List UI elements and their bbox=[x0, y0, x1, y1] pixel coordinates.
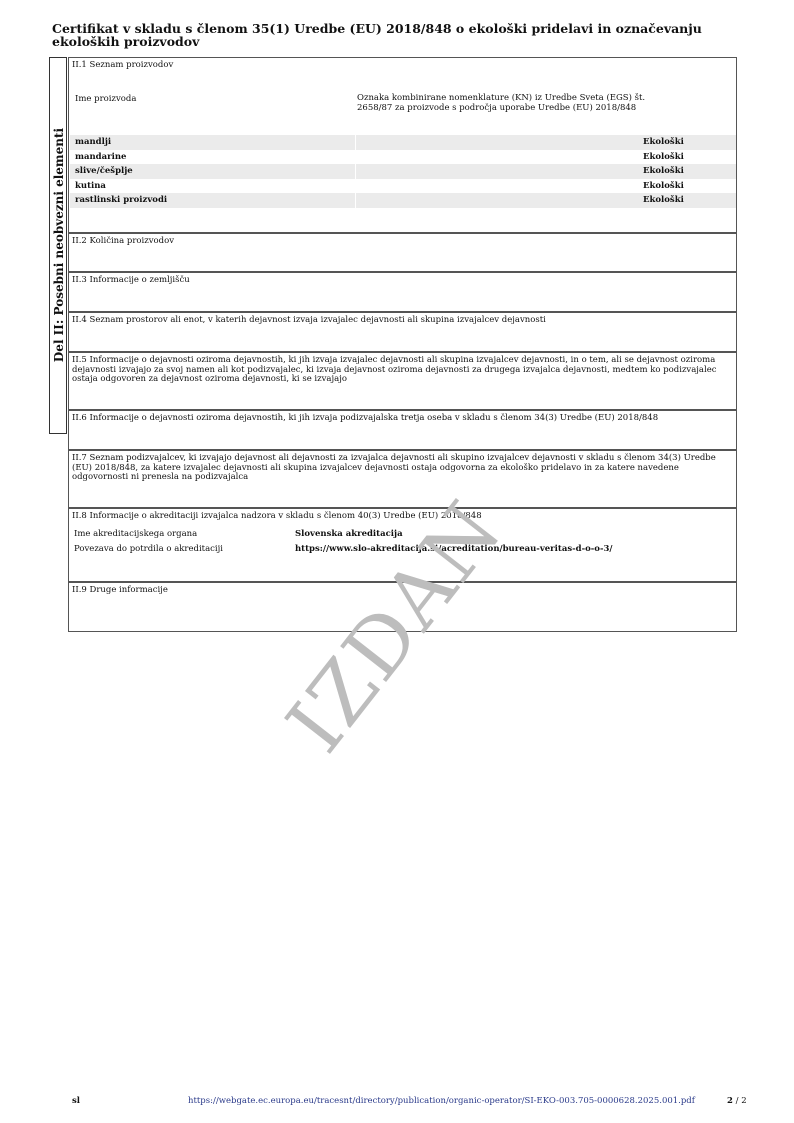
section-heading: II.6 Informacije o dejavnosti oziroma de… bbox=[72, 414, 732, 424]
column-divider bbox=[355, 150, 356, 165]
table-row: slive/češpljeEkološki bbox=[70, 164, 736, 179]
product-name: rastlinski proizvodi bbox=[75, 193, 167, 208]
product-status: Ekološki bbox=[643, 193, 684, 208]
section-heading: II.3 Informacije o zemljišču bbox=[72, 276, 732, 286]
column-divider bbox=[355, 164, 356, 179]
section-ii-7: II.7 Seznam podizvajalcev, ki izvajajo d… bbox=[68, 449, 737, 509]
part-label-box: Del II: Posebni neobvezni elementi bbox=[49, 57, 67, 434]
section-heading: II.2 Količina proizvodov bbox=[72, 237, 732, 247]
product-name: kutina bbox=[75, 179, 106, 194]
table-row: rastlinski proizvodiEkološki bbox=[70, 193, 736, 208]
accreditation-body-value: Slovenska akreditacija bbox=[295, 529, 403, 539]
section-heading: II.8 Informacije o akreditaciji izvajalc… bbox=[72, 512, 732, 522]
footer-page-number: 2 / 2 bbox=[727, 1096, 747, 1106]
col-cn-code: Oznaka kombinirane nomenklature (KN) iz … bbox=[357, 94, 657, 113]
section-ii-1: II.1 Seznam proizvodov Ime proizvoda Ozn… bbox=[68, 57, 737, 233]
table-row: mandljiEkološki bbox=[70, 135, 736, 150]
product-status: Ekološki bbox=[643, 150, 684, 165]
product-status: Ekološki bbox=[643, 164, 684, 179]
footer-url[interactable]: https://webgate.ec.europa.eu/tracesnt/di… bbox=[188, 1096, 695, 1106]
page-total: 2 bbox=[741, 1096, 746, 1106]
section-heading: II.5 Informacije o dejavnosti oziroma de… bbox=[72, 356, 732, 385]
section-heading: II.7 Seznam podizvajalcev, ki izvajajo d… bbox=[72, 454, 732, 483]
column-divider bbox=[355, 135, 356, 150]
section-heading: II.1 Seznam proizvodov bbox=[72, 61, 732, 71]
page-current: 2 bbox=[727, 1096, 733, 1106]
products-table: mandljiEkološkimandarineEkološkislive/če… bbox=[70, 135, 736, 208]
part-label: Del II: Posebni neobvezni elementi bbox=[52, 56, 66, 434]
product-status: Ekološki bbox=[643, 135, 684, 150]
section-heading: II.4 Seznam prostorov ali enot, v kateri… bbox=[72, 316, 732, 326]
product-name: mandlji bbox=[75, 135, 111, 150]
product-name: mandarine bbox=[75, 150, 126, 165]
product-name: slive/češplje bbox=[75, 164, 133, 179]
column-divider bbox=[355, 193, 356, 208]
accreditation-body-label: Ime akreditacijskega organa bbox=[74, 529, 294, 539]
document-title: Certifikat v skladu s členom 35(1) Uredb… bbox=[52, 22, 752, 48]
section-ii-2: II.2 Količina proizvodov bbox=[68, 232, 737, 273]
section-ii-4: II.4 Seznam prostorov ali enot, v kateri… bbox=[68, 311, 737, 352]
footer-language: sl bbox=[72, 1096, 80, 1106]
column-divider bbox=[355, 179, 356, 194]
table-row: kutinaEkološki bbox=[70, 179, 736, 194]
col-product-name: Ime proizvoda bbox=[75, 94, 136, 104]
product-status: Ekološki bbox=[643, 179, 684, 194]
accreditation-link-label: Povezava do potrdila o akreditaciji bbox=[74, 544, 294, 554]
section-ii-3: II.3 Informacije o zemljišču bbox=[68, 271, 737, 312]
section-ii-5: II.5 Informacije o dejavnosti oziroma de… bbox=[68, 351, 737, 411]
table-row: mandarineEkološki bbox=[70, 150, 736, 165]
section-ii-6: II.6 Informacije o dejavnosti oziroma de… bbox=[68, 409, 737, 450]
